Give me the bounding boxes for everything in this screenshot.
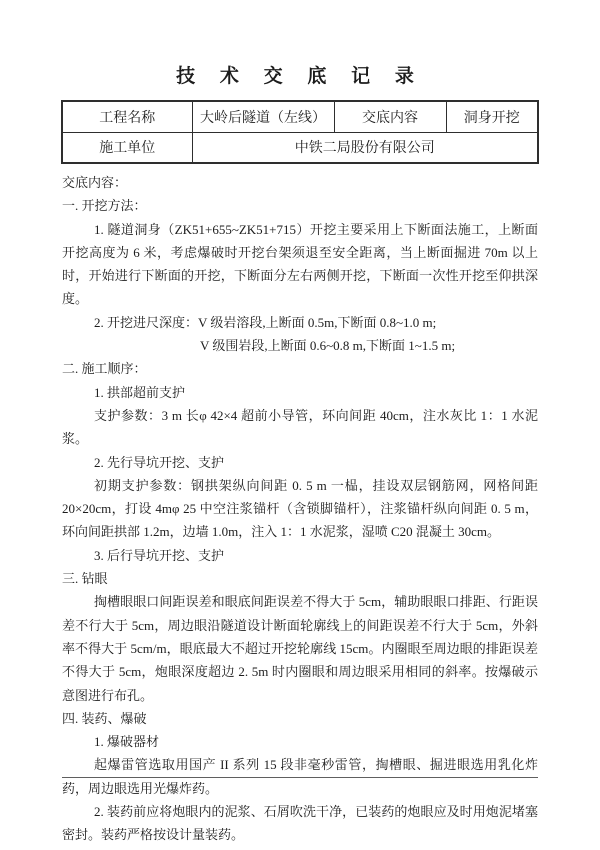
disclosure-content-value: 洞身开挖 — [446, 101, 538, 132]
body-paragraph: 3. 后行导坑开挖、支护 — [62, 544, 538, 567]
document-body: 交底内容： 一. 开挖方法： 1. 隧道洞身（ZK51+655~ZK51+715… — [62, 171, 538, 847]
section-4-heading: 四. 装药、爆破 — [62, 707, 538, 730]
body-paragraph: 2. 先行导坑开挖、支护 — [62, 451, 538, 474]
body-paragraph: 掏槽眼眼口间距误差和眼底间距误差不得大于 5cm，辅助眼眼口排距、行距误差不行大… — [62, 590, 538, 706]
body-paragraph: V 级围岩段,上断面 0.6~0.8 m,下断面 1~1.5 m; — [62, 334, 538, 357]
header-table: 工程名称 大岭后隧道（左线） 交底内容 洞身开挖 施工单位 中铁二局股份有限公司 — [61, 100, 539, 164]
body-paragraph: 支护参数：3 m 长φ 42×4 超前小导管，环向间距 40cm，注水灰比 1：… — [62, 404, 538, 451]
section-2-heading: 二. 施工顺序： — [62, 357, 538, 380]
body-heading: 交底内容： — [62, 171, 538, 194]
body-paragraph: 1. 爆破器材 — [62, 730, 538, 753]
page-title: 技 术 交 底 记 录 — [0, 61, 600, 88]
section-1-heading: 一. 开挖方法： — [62, 194, 538, 217]
construction-unit-value: 中铁二局股份有限公司 — [192, 132, 538, 163]
body-paragraph: 初期支护参数：钢拱架纵向间距 0. 5 m 一榀，挂设双层钢筋网，网格间距 20… — [62, 474, 538, 544]
body-paragraph: 1. 隧道洞身（ZK51+655~ZK51+715）开挖主要采用上下断面法施工，… — [62, 218, 538, 311]
table-row: 工程名称 大岭后隧道（左线） 交底内容 洞身开挖 — [62, 101, 538, 132]
body-paragraph: 1. 拱部超前支护 — [62, 381, 538, 404]
construction-unit-label: 施工单位 — [62, 132, 192, 163]
footer-divider — [62, 777, 538, 778]
disclosure-content-label: 交底内容 — [334, 101, 446, 132]
project-name-value: 大岭后隧道（左线） — [192, 101, 334, 132]
section-3-heading: 三. 钻眼 — [62, 567, 538, 590]
project-name-label: 工程名称 — [62, 101, 192, 132]
table-row: 施工单位 中铁二局股份有限公司 — [62, 132, 538, 163]
document-page: 技 术 交 底 记 录 工程名称 大岭后隧道（左线） 交底内容 洞身开挖 施工单… — [0, 0, 600, 850]
body-paragraph: 2. 装药前应将炮眼内的泥浆、石屑吹洗干净，已装药的炮眼应及时用炮泥堵塞密封。装… — [62, 800, 538, 847]
body-paragraph: 2. 开挖进尺深度：V 级岩溶段,上断面 0.5m,下断面 0.8~1.0 m; — [62, 311, 538, 334]
